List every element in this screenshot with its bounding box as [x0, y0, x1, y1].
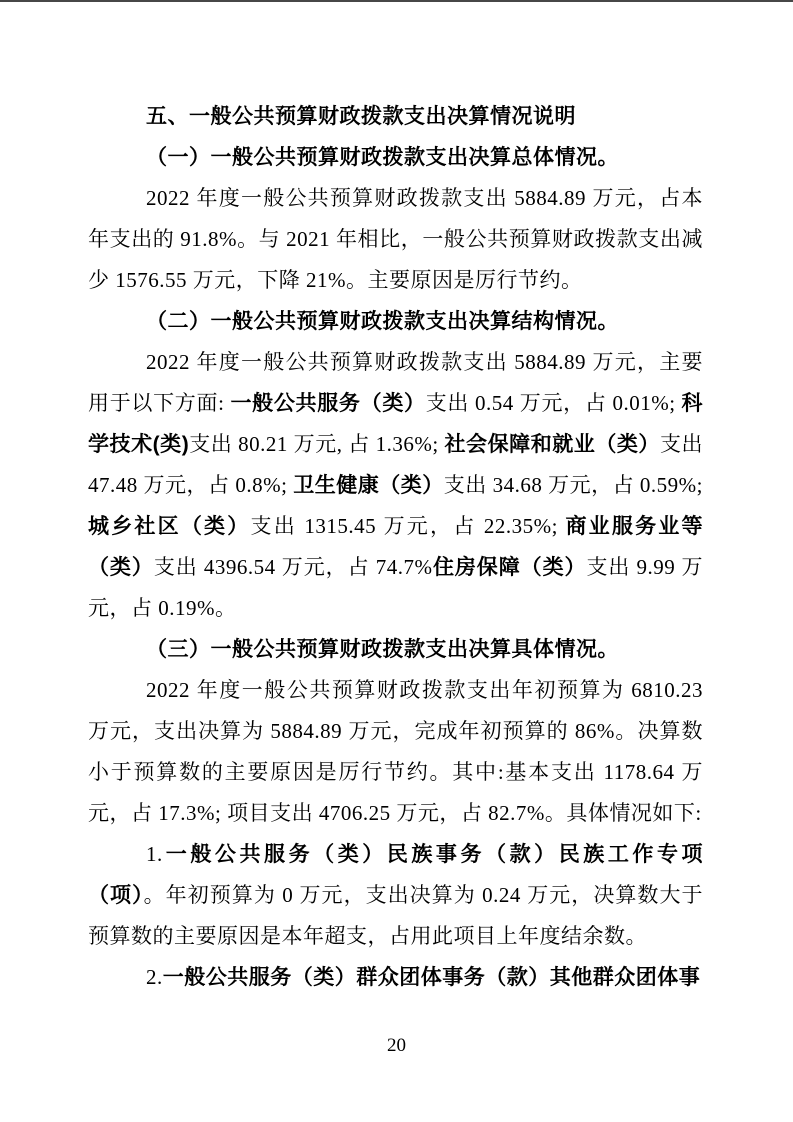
emphasis-text: 城乡社区（类）	[88, 515, 251, 538]
emphasis-text: 社会保障和就业（类）	[445, 433, 660, 456]
page-number: 20	[0, 1034, 793, 1058]
body-text: 支出 0.54 万元，占 0.01%;	[426, 391, 682, 415]
section-heading: （二）一般公共预算财政拨款支出决算结构情况。	[88, 301, 703, 342]
body-text: 2.	[146, 965, 163, 989]
body-text: 2022 年度一般公共预算财政拨款支出 5884.89 万元，占本年支出的 91…	[88, 186, 703, 292]
document-page: 五、一般公共预算财政拨款支出决算情况说明（一）一般公共预算财政拨款支出决算总体情…	[0, 0, 793, 1122]
body-text: 支出 80.21 万元, 占 1.36%;	[189, 432, 444, 456]
document-body: 五、一般公共预算财政拨款支出决算情况说明（一）一般公共预算财政拨款支出决算总体情…	[0, 0, 793, 998]
emphasis-text: 一般公共服务（类）	[230, 392, 425, 415]
body-text: 支出 34.68 万元，占 0.59%;	[444, 473, 703, 497]
body-text: 支出 4396.54 万元，占 74.7%	[154, 555, 433, 579]
section-heading: 五、一般公共预算财政拨款支出决算情况说明	[88, 96, 703, 137]
paragraph: 2022 年度一般公共预算财政拨款支出 5884.89 万元，占本年支出的 91…	[88, 178, 703, 301]
scan-edge-line	[0, 0, 793, 2]
body-text: 1.	[146, 842, 163, 866]
section-heading: （一）一般公共预算财政拨款支出决算总体情况。	[88, 137, 703, 178]
paragraph: 1.一般公共服务（类）民族事务（款）民族工作专项（项）。年初预算为 0 万元，支…	[88, 834, 703, 957]
paragraph: 2022 年度一般公共预算财政拨款支出年初预算为 6810.23 万元，支出决算…	[88, 670, 703, 834]
body-text: 支出 1315.45 万元，占 22.35%;	[251, 514, 566, 538]
section-heading: （三）一般公共预算财政拨款支出决算具体情况。	[88, 629, 703, 670]
paragraph: 2.一般公共服务（类）群众团体事务（款）其他群众团体事	[88, 957, 703, 998]
emphasis-text: 一般公共服务（类）群众团体事务（款）其他群众团体事	[163, 966, 701, 989]
emphasis-text: 卫生健康（类）	[293, 474, 444, 497]
body-text: 。年初预算为 0 万元，支出决算为 0.24 万元，决算数大于预算数的主要原因是…	[88, 883, 703, 948]
body-text: 2022 年度一般公共预算财政拨款支出年初预算为 6810.23 万元，支出决算…	[88, 678, 703, 825]
paragraph: 2022 年度一般公共预算财政拨款支出 5884.89 万元，主要用于以下方面:…	[88, 342, 703, 629]
emphasis-text: 住房保障（类）	[433, 556, 587, 579]
